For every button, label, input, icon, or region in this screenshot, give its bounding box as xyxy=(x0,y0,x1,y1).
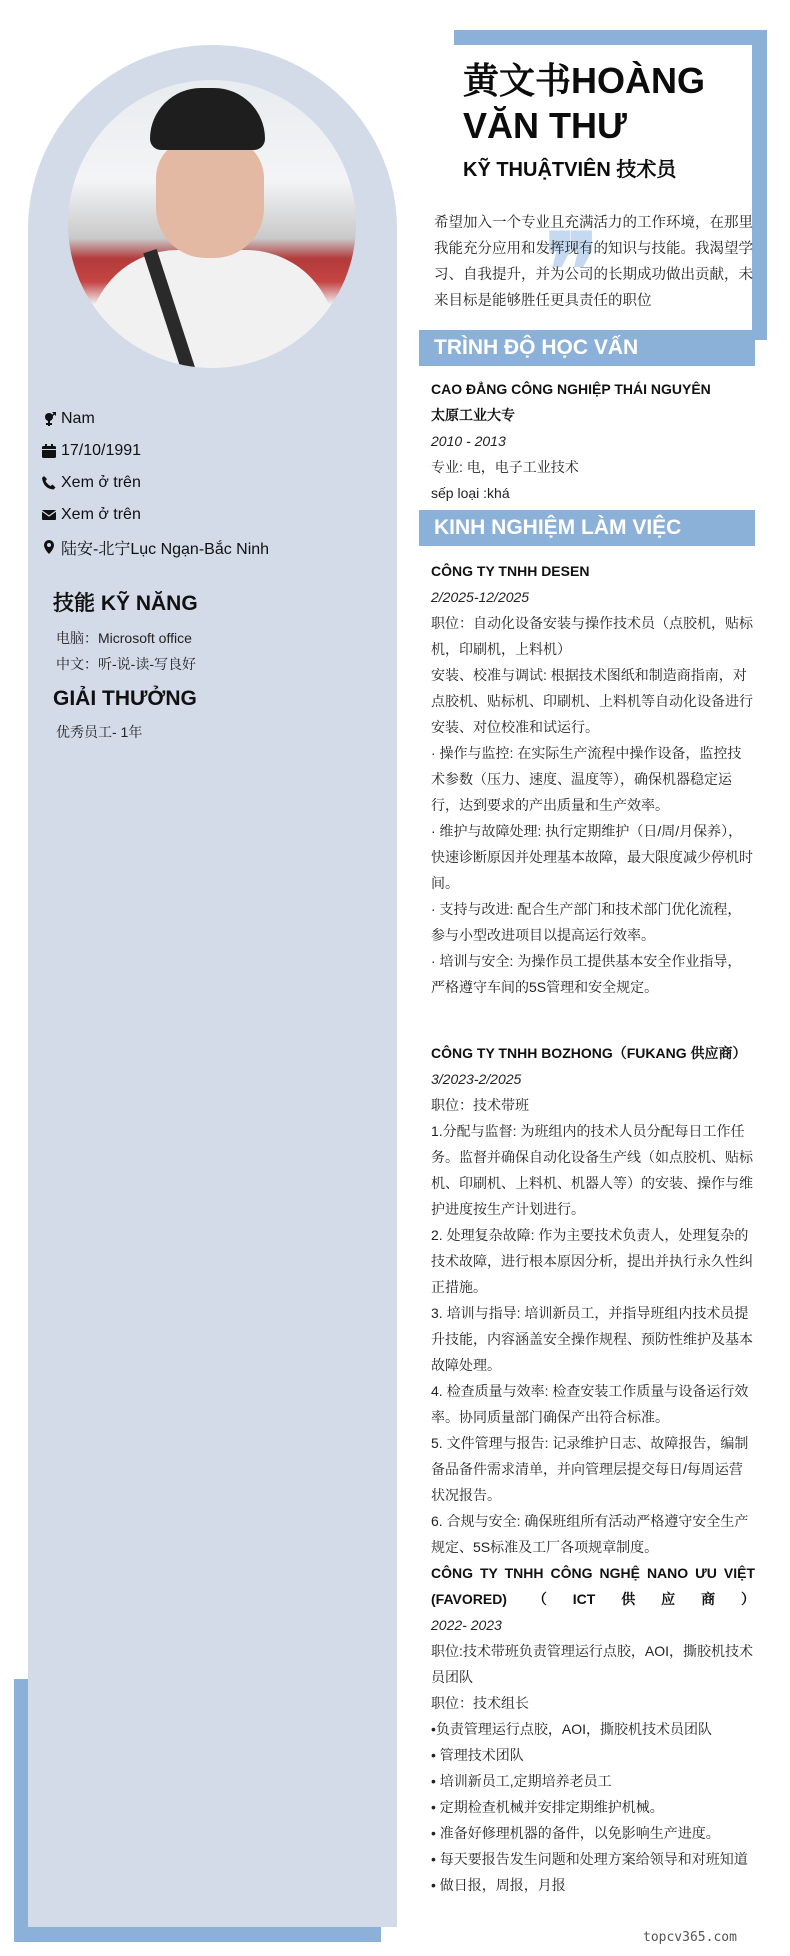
job-line: 6. 合规与安全: 确保班组所有活动严格遵守安全生产规定、5S标准及工厂各项规章… xyxy=(431,1508,755,1560)
company-name: CÔNG TY TNHH BOZHONG（FUKANG 供应商） xyxy=(431,1040,755,1066)
school-name-cn: 太原工业大专 xyxy=(431,402,755,428)
job-dates: 2022- 2023 xyxy=(431,1612,755,1638)
education-dates: 2010 - 2013 xyxy=(431,428,755,454)
job-line: • 培训新员工,定期培养老员工 xyxy=(431,1768,755,1794)
education-grade: sếp loại :khá xyxy=(431,480,755,506)
awards-title: GIẢI THƯỞNG xyxy=(53,687,383,711)
job-line: 4. 检查质量与效率: 检查安装工作质量与设备运行效率。协同质量部门确保产出符合… xyxy=(431,1378,755,1430)
job-line: 3. 培训与指导: 培训新员工，并指导班组内技术员提升技能，内容涵盖安全操作规程… xyxy=(431,1300,755,1378)
job-line: 职位：自动化设备安装与操作技术员（点胶机，贴标机，印刷机，上料机） xyxy=(431,610,755,662)
job-line: 安装、校准与调试: 根据技术图纸和制造商指南，对点胶机、贴标机、印刷机、上料机等… xyxy=(431,662,755,740)
career-summary: 希望加入一个专业且充满活力的工作环境，在那里我能充分应用和发挥现有的知识与技能。… xyxy=(434,210,754,314)
contact-phone: Xem ở trên xyxy=(40,467,390,499)
avatar-photo xyxy=(68,80,356,368)
experience-heading: KINH NGHIỆM LÀM VIỆC xyxy=(419,510,755,546)
job-line: 5. 文件管理与报告: 记录维护日志、故障报告，编制备品备件需求清单，并向管理层… xyxy=(431,1430,755,1508)
address-value: 陆安-北宁Lục Ngạn-Bắc Ninh xyxy=(61,536,269,559)
job-line: • 每天要报告发生问题和处理方案给领导和对班知道 xyxy=(431,1846,755,1872)
skills-title: 技能 KỸ NĂNG xyxy=(53,587,383,617)
candidate-name: 黄文书HOÀNG VĂN THƯ xyxy=(463,58,753,148)
job-entry-bozhong: CÔNG TY TNHH BOZHONG（FUKANG 供应商） 3/2023-… xyxy=(431,1040,755,1560)
job-entry-nano: CÔNG TY TNHH CÔNG NGHỆ NANO ƯU VIỆT (FAV… xyxy=(431,1560,755,1898)
contact-birthdate: 17/10/1991 xyxy=(40,435,390,467)
award-item: 优秀员工- 1年 xyxy=(53,719,383,745)
job-line: · 培训与安全: 为操作员工提供基本安全作业指导，严格遵守车间的5S管理和安全规… xyxy=(431,948,755,1000)
email-value: Xem ở trên xyxy=(61,506,141,524)
envelope-icon xyxy=(40,506,58,524)
job-line: 职位：技术带班 xyxy=(431,1092,755,1118)
job-line: · 维护与故障处理: 执行定期维护（日/周/月保养），快速诊断原因并处理基本故障… xyxy=(431,818,755,896)
phone-value: Xem ở trên xyxy=(61,474,141,492)
birthdate-value: 17/10/1991 xyxy=(61,442,141,460)
job-line: 职位：技术组长 xyxy=(431,1690,755,1716)
job-dates: 3/2023-2/2025 xyxy=(431,1066,755,1092)
job-line: 1.分配与监督: 为班组内的技术人员分配每日工作任务。监督并确保自动化设备生产线… xyxy=(431,1118,755,1222)
education-heading: TRÌNH ĐỘ HỌC VẤN xyxy=(419,330,755,366)
phone-icon xyxy=(40,474,58,492)
decorative-frame-top xyxy=(454,30,767,45)
job-line: •负责管理运行点胶，AOI，撕胶机技术员团队 xyxy=(431,1716,755,1742)
contact-address: 陆安-北宁Lục Ngạn-Bắc Ninh xyxy=(40,531,390,563)
location-pin-icon xyxy=(40,538,58,556)
job-title: KỸ THUẬTVIÊN 技术员 xyxy=(463,153,676,182)
skill-item: 电脑：Microsoft office xyxy=(53,625,383,651)
gender-value: Nam xyxy=(61,410,95,428)
gender-icon xyxy=(40,410,58,428)
company-name: CÔNG TY TNHH DESEN xyxy=(431,558,755,584)
skills-section: 技能 KỸ NĂNG 电脑：Microsoft office 中文：听-说-读-… xyxy=(53,587,383,677)
contact-email: Xem ở trên xyxy=(40,499,390,531)
job-line: • 定期检查机械并安排定期维护机械。 xyxy=(431,1794,755,1820)
job-line: • 准备好修理机器的备件，以免影响生产进度。 xyxy=(431,1820,755,1846)
school-name: CAO ĐẲNG CÔNG NGHIỆP THÁI NGUYÊN xyxy=(431,376,755,402)
watermark: topcv365.com xyxy=(643,1930,737,1945)
contact-list: Nam 17/10/1991 Xem ở trên Xem ở trên 陆安-… xyxy=(40,403,390,563)
skill-item: 中文：听-说-读-写良好 xyxy=(53,651,383,677)
education-major: 专业: 电，电子工业技术 xyxy=(431,454,755,480)
job-line: · 操作与监控: 在实际生产流程中操作设备，监控技术参数（压力、速度、温度等），… xyxy=(431,740,755,818)
job-entry-desen: CÔNG TY TNHH DESEN 2/2025-12/2025 职位：自动化… xyxy=(431,558,755,1000)
contact-gender: Nam xyxy=(40,403,390,435)
job-dates: 2/2025-12/2025 xyxy=(431,584,755,610)
awards-section: GIẢI THƯỞNG 优秀员工- 1年 xyxy=(53,687,383,745)
calendar-icon xyxy=(40,442,58,460)
job-line: 2. 处理复杂故障: 作为主要技术负责人，处理复杂的技术故障，进行根本原因分析，… xyxy=(431,1222,755,1300)
company-name: CÔNG TY TNHH CÔNG NGHỆ NANO ƯU VIỆT (FAV… xyxy=(431,1560,755,1612)
education-entry: CAO ĐẲNG CÔNG NGHIỆP THÁI NGUYÊN 太原工业大专 … xyxy=(431,376,755,506)
job-line: • 管理技术团队 xyxy=(431,1742,755,1768)
job-line: 职位:技术带班负责管理运行点胶，AOI，撕胶机技术员团队 xyxy=(431,1638,755,1690)
decorative-frame-right xyxy=(752,30,767,340)
job-line: · 支持与改进: 配合生产部门和技术部门优化流程，参与小型改进项目以提高运行效率… xyxy=(431,896,755,948)
job-line: • 做日报，周报，月报 xyxy=(431,1872,755,1898)
